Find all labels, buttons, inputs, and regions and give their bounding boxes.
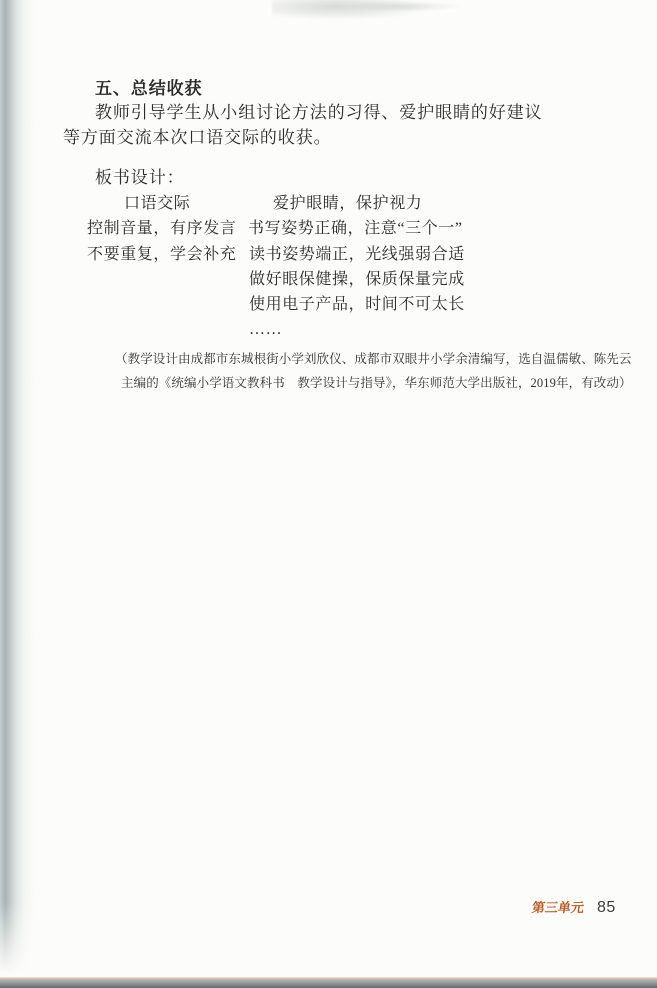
board-right-item-4: 使用电子产品，时间不可太长: [249, 295, 465, 314]
binding-edge-fade: [0, 902, 34, 982]
section-heading: 五、总结收获: [95, 79, 202, 99]
board-left-item-2: 不要重复，学会补充: [87, 245, 236, 264]
footer-unit-label: 第三单元: [531, 900, 585, 916]
board-left-title: 口语交际: [124, 194, 190, 213]
board-left-item-1: 控制音量，有序发言: [87, 219, 236, 238]
book-page: 五、总结收获 教师引导学生从小组讨论方法的习得、爱护眼睛的好建议 等方面交流本次…: [0, 0, 657, 988]
board-right-title: 爱护眼睛，保护视力: [273, 194, 422, 213]
intro-paragraph-line-2: 等方面交流本次口语交际的收获。: [63, 128, 332, 148]
board-right-item-ellipsis: ……: [249, 320, 282, 339]
board-right-item-1: 书写姿势正确，注意“三个一”: [248, 219, 463, 238]
footer-page-number: 85: [597, 898, 616, 917]
board-right-item-3: 做好眼保健操，保质保量完成: [249, 270, 465, 289]
scan-smudge-streak: [350, 2, 460, 11]
scan-bottom-edge: [0, 977, 657, 988]
citation-line-1: （教学设计由成都市东城根街小学刘欣仪、成都市双眼井小学余清编写，选自温儒敏、陈先…: [115, 352, 632, 367]
board-design-label: 板书设计：: [95, 168, 185, 188]
board-right-item-2: 读书姿势端正，光线强弱合适: [249, 245, 465, 264]
binding-edge: [0, 0, 34, 988]
intro-paragraph-line-1: 教师引导学生从小组讨论方法的习得、爱护眼睛的好建议: [95, 103, 543, 123]
citation-line-2: 主编的《统编小学语文教科书 教学设计与指导》，华东师范大学出版社，2019年，有…: [121, 376, 632, 391]
